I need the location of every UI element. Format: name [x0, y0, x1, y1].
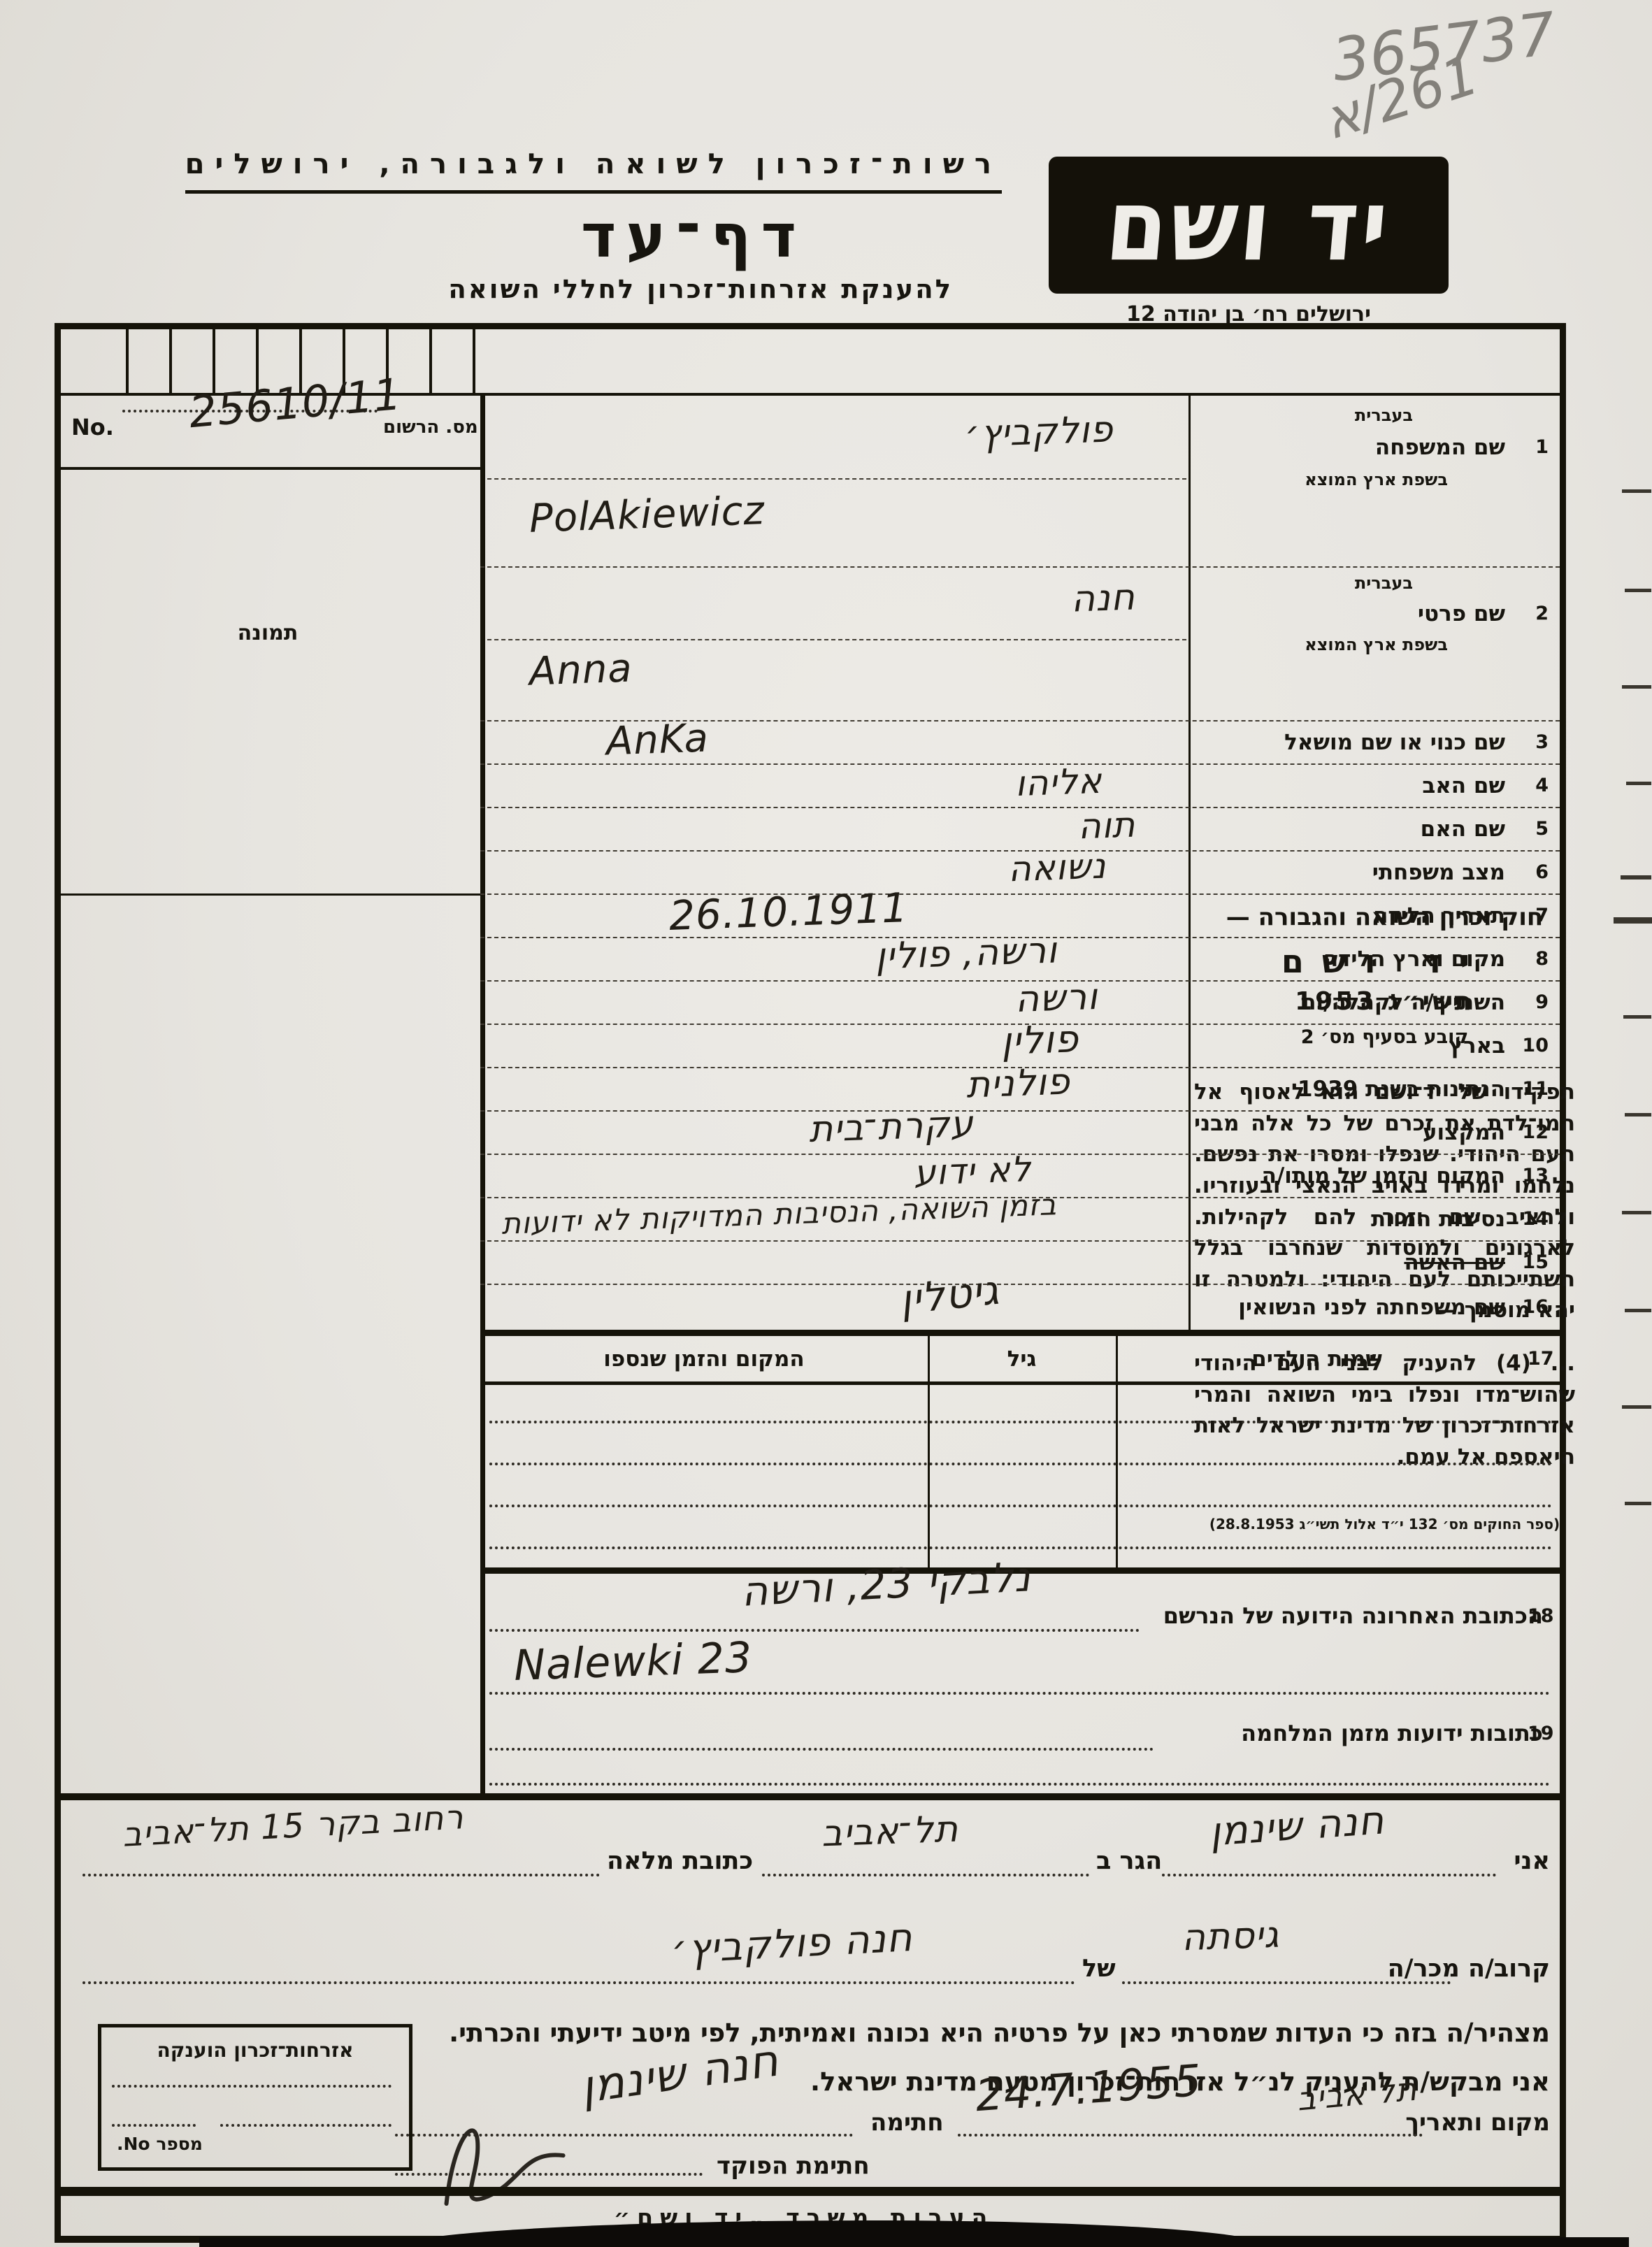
of-label: של: [1082, 1955, 1116, 1983]
field-12-value: עקרת־בית: [808, 1103, 975, 1151]
field-9-number: 9: [1535, 991, 1549, 1013]
address-18-value-hebrew: נלבקי 23, ורשה: [740, 1553, 1032, 1616]
field-1-label: שם המשפחה: [1375, 435, 1505, 460]
children-empty-row-line: [489, 1463, 1552, 1465]
children-empty-row-line: [489, 1421, 1552, 1423]
field-1-sub-bottom: בשפת ארץ המוצא: [1305, 470, 1448, 489]
fold-mark: [1622, 1211, 1651, 1214]
field-7-value: 26.10.1911: [668, 884, 909, 940]
field-10-value: פולין: [1000, 1017, 1079, 1063]
declarant-i-label: אני: [1514, 1847, 1550, 1875]
field-11-value: פולנית: [965, 1061, 1071, 1106]
field-1-mid-line: [487, 478, 1186, 480]
field-11-number: 11: [1522, 1078, 1549, 1100]
field-6-number: 6: [1535, 861, 1549, 883]
field-8-label: מקום וארץ הלידה: [1323, 947, 1505, 972]
field-16-label: שם משפחתה לפני הנשואין: [1238, 1295, 1505, 1320]
children-col-divider-place-age: [928, 1336, 930, 1567]
field-4-label-text: שם האב: [1422, 773, 1505, 798]
field-8-value: ורשה, פולין: [875, 929, 1058, 977]
field-7-number: 7: [1535, 905, 1549, 926]
declarant-name-value: חנה שינמן: [1208, 1797, 1386, 1855]
field-2-value-hebrew: חנה: [1070, 576, 1136, 620]
registration-row-bottom: [55, 467, 485, 470]
field-14-label: נסיבות המוות: [1371, 1207, 1505, 1232]
address-18-line-1: [489, 1629, 1140, 1632]
field-row-6: 6 מצב משפחתי נשואה: [480, 850, 1560, 895]
field-14-number: 14: [1522, 1208, 1549, 1230]
field-6-value: נשואה: [1007, 846, 1107, 890]
registration-no-label-hebrew: מס. הרשום: [383, 417, 478, 438]
form-border-left: [55, 323, 61, 2240]
field-5-label: שם האם: [1421, 817, 1505, 842]
children-empty-row-line: [489, 1546, 1552, 1549]
full-address-label: כתובת מלאה: [607, 1847, 753, 1875]
registration-number-value: 25610/11: [187, 368, 403, 438]
field-2-sub-bottom: בשפת ארץ המוצא: [1305, 635, 1448, 654]
field-row-8: 8 מקום וארץ הלידה ורשה, פולין: [480, 937, 1560, 982]
field-16-number: 16: [1522, 1296, 1549, 1318]
declaration-top-bar: [55, 1793, 1566, 1800]
field-13-label: המקום והזמן של מותו/ה: [1262, 1163, 1505, 1189]
field-row-15: 15 שם האשה: [480, 1240, 1560, 1285]
place-date-label: מקום ותאריך: [1405, 2109, 1550, 2137]
field-row-4: 4 שם האב אליהו: [480, 763, 1560, 808]
place-date-value-date: 24.7.1955: [974, 2055, 1204, 2121]
residing-line: [762, 1874, 1089, 1876]
children-col-age: גיל: [928, 1347, 1116, 1372]
children-table-top-bar: [480, 1330, 1566, 1336]
scanned-testimony-page: 365737 261/א רשות־זכרון לשואה ולגבורה, י…: [0, 0, 1652, 2247]
field-row-1: בעברית 1 שם המשפחה בשפת ארץ המוצא פולקבי…: [480, 396, 1560, 568]
photo-box-bottom: [55, 893, 485, 896]
of-value: חנה פולקביץ׳: [670, 1915, 914, 1973]
children-col-place: המקום והזמן שנספו: [480, 1347, 928, 1372]
fold-mark: [1625, 1113, 1651, 1117]
address-19-line-1: [489, 1748, 1154, 1751]
field-5-number: 5: [1535, 818, 1549, 840]
granted-box-line-2a: [112, 2124, 196, 2127]
photo-label: תמונה: [55, 621, 481, 645]
field-13-value: לא ידוע: [913, 1149, 1032, 1193]
children-col-divider-age-names: [1116, 1336, 1118, 1567]
granted-box-title: אזרחות־זכרון הוענקה: [101, 2039, 409, 2062]
full-address-line: [82, 1874, 600, 1876]
address-18-line-2: [489, 1692, 1550, 1695]
comb-tick: [429, 327, 432, 393]
comb-tick: [126, 327, 129, 393]
field-row-2: בעברית 2 שם פרטי בשפת ארץ המוצא חנה Anna: [480, 566, 1560, 722]
address-19-label: כתובות ידועות מזמן המלחמה: [1241, 1720, 1543, 1746]
relation-line: [1122, 1981, 1451, 1984]
fold-mark: [1622, 489, 1651, 493]
field-12-number: 12: [1522, 1121, 1549, 1143]
place-date-line: [958, 2134, 1423, 2137]
children-header-bottom: [480, 1381, 1566, 1385]
field-10-label: בארץ: [1449, 1033, 1505, 1058]
footer-bar-top: [55, 2187, 1566, 2196]
field-2-sub-top: בעברית: [1355, 573, 1413, 593]
field-4-value: אליהו: [1014, 761, 1102, 804]
children-empty-row-line: [489, 1505, 1552, 1507]
field-row-3: 3 שם כנוי או שם מושאל AnKa: [480, 720, 1560, 765]
field-9-label: השתייך/ה לקהלה/ות: [1301, 990, 1505, 1015]
field-6-label: מצב משפחתי: [1372, 860, 1505, 885]
field-12-label: המקצוע: [1423, 1120, 1505, 1145]
children-col-names: שמות הילדים: [1116, 1347, 1518, 1372]
form-subtitle: להענקת אזרחות־זכרון לחללי השואה: [448, 274, 953, 304]
fold-mark: [1622, 685, 1651, 689]
field-1-number: 1: [1535, 436, 1549, 458]
field-1-value-hebrew: פולקביץ׳: [964, 408, 1114, 455]
full-address-value: רחוב בקר 15 תל־אביב: [122, 1797, 465, 1854]
fold-mark: [1622, 1405, 1651, 1409]
declaration-statement: מצהיר/ה בזה כי העדות שמסרתי כאן על פרטיה…: [449, 2018, 1550, 2048]
field-3-number: 3: [1535, 731, 1549, 753]
address-18-label: הכתובת האחרונה הידועה של הנרשם: [1163, 1602, 1543, 1629]
field-11-label: הנתינות בשנת 1939: [1298, 1077, 1505, 1102]
field-1-value-latin: PolAkiewicz: [529, 488, 766, 542]
field-2-number: 2: [1535, 603, 1549, 624]
granted-box-line-1: [112, 2085, 392, 2088]
registration-no-label-latin: No.: [71, 414, 114, 440]
field-4-number: 4: [1535, 775, 1549, 796]
field-row-14: 14 נסיבות המוות בזמן השואה, הנסיבות המדו…: [480, 1197, 1560, 1242]
yad-vashem-logo: יד ושם: [1049, 157, 1449, 294]
field-10-number: 10: [1522, 1035, 1549, 1056]
field-2-label: שם פרטי: [1418, 601, 1505, 626]
field-row-10: 10 בארץ פולין: [480, 1024, 1560, 1068]
granted-box-number-label: מספר No.: [117, 2134, 203, 2154]
residing-value: תל־אביב: [821, 1809, 959, 1855]
law-footnote: (ספר החוקים מס׳ 132 י״ד אלול תשי״ג 28.8.…: [1194, 1516, 1575, 1532]
scan-black-band: [199, 2237, 1629, 2247]
form-title: דף־עד: [581, 201, 806, 271]
of-line: [82, 1981, 1075, 1984]
field-15-number: 15: [1522, 1251, 1549, 1273]
field-3-label: שם כנוי או שם מושאל: [1284, 730, 1505, 755]
field-row-16: 16 שם משפחתה לפני הנשואין גיטלין: [480, 1284, 1560, 1330]
fold-mark: [1625, 589, 1651, 592]
fold-mark: [1623, 1015, 1651, 1019]
granted-box: אזרחות־זכרון הוענקה מספר No.: [98, 2024, 412, 2171]
field-15-label: שם האשה: [1404, 1250, 1505, 1275]
comb-tick: [169, 327, 172, 393]
form-border-top: [55, 323, 1566, 329]
signature-label: חתימה: [870, 2109, 944, 2137]
field-row-12: 12 המקצוע עקרת־בית: [480, 1110, 1560, 1155]
field-1-sub-top: בעברית: [1355, 405, 1413, 425]
declarant-name-line: [1162, 1874, 1496, 1876]
granted-box-line-2b: [220, 2124, 392, 2127]
fold-mark: [1621, 875, 1651, 880]
fold-mark: [1625, 1502, 1651, 1505]
authority-title: רשות־זכרון לשואה ולגבורה, ירושלים: [185, 148, 1002, 194]
field-13-number: 13: [1522, 1165, 1549, 1186]
fold-mark-bold: [1614, 917, 1652, 924]
field-row-5: 5 שם האם תוה: [480, 807, 1560, 852]
field-5-value: תוה: [1077, 805, 1136, 847]
yad-vashem-logo-text: יד ושם: [1102, 168, 1395, 283]
address-18-value-latin: Nalewki 23: [513, 1633, 753, 1690]
comb-tick: [473, 327, 475, 393]
field-7-label: תאריך הלידה: [1373, 903, 1505, 928]
children-table-number: 17: [1528, 1348, 1554, 1370]
relation-value: גיסתה: [1181, 1914, 1280, 1960]
field-2-value-latin: Anna: [529, 645, 633, 694]
field-row-11: 11 הנתינות בשנת 1939 פולנית: [480, 1067, 1560, 1112]
residing-label: הגר ב: [1096, 1847, 1162, 1875]
field-8-number: 8: [1535, 948, 1549, 970]
field-16-value: גיטלין: [898, 1266, 1002, 1323]
field-9-value: ורשה: [1014, 976, 1098, 1021]
field-2-mid-line: [487, 639, 1186, 640]
clerk-signature-label: חתימת הפוקד: [717, 2152, 870, 2180]
fold-mark: [1626, 782, 1651, 785]
address-19-line-2: [489, 1783, 1550, 1786]
relation-label: קרוב/ה מכר/ה: [1388, 1955, 1550, 1983]
fold-mark: [1625, 1309, 1651, 1312]
field-3-value: AnKa: [605, 715, 710, 764]
comb-tick: [213, 327, 215, 393]
